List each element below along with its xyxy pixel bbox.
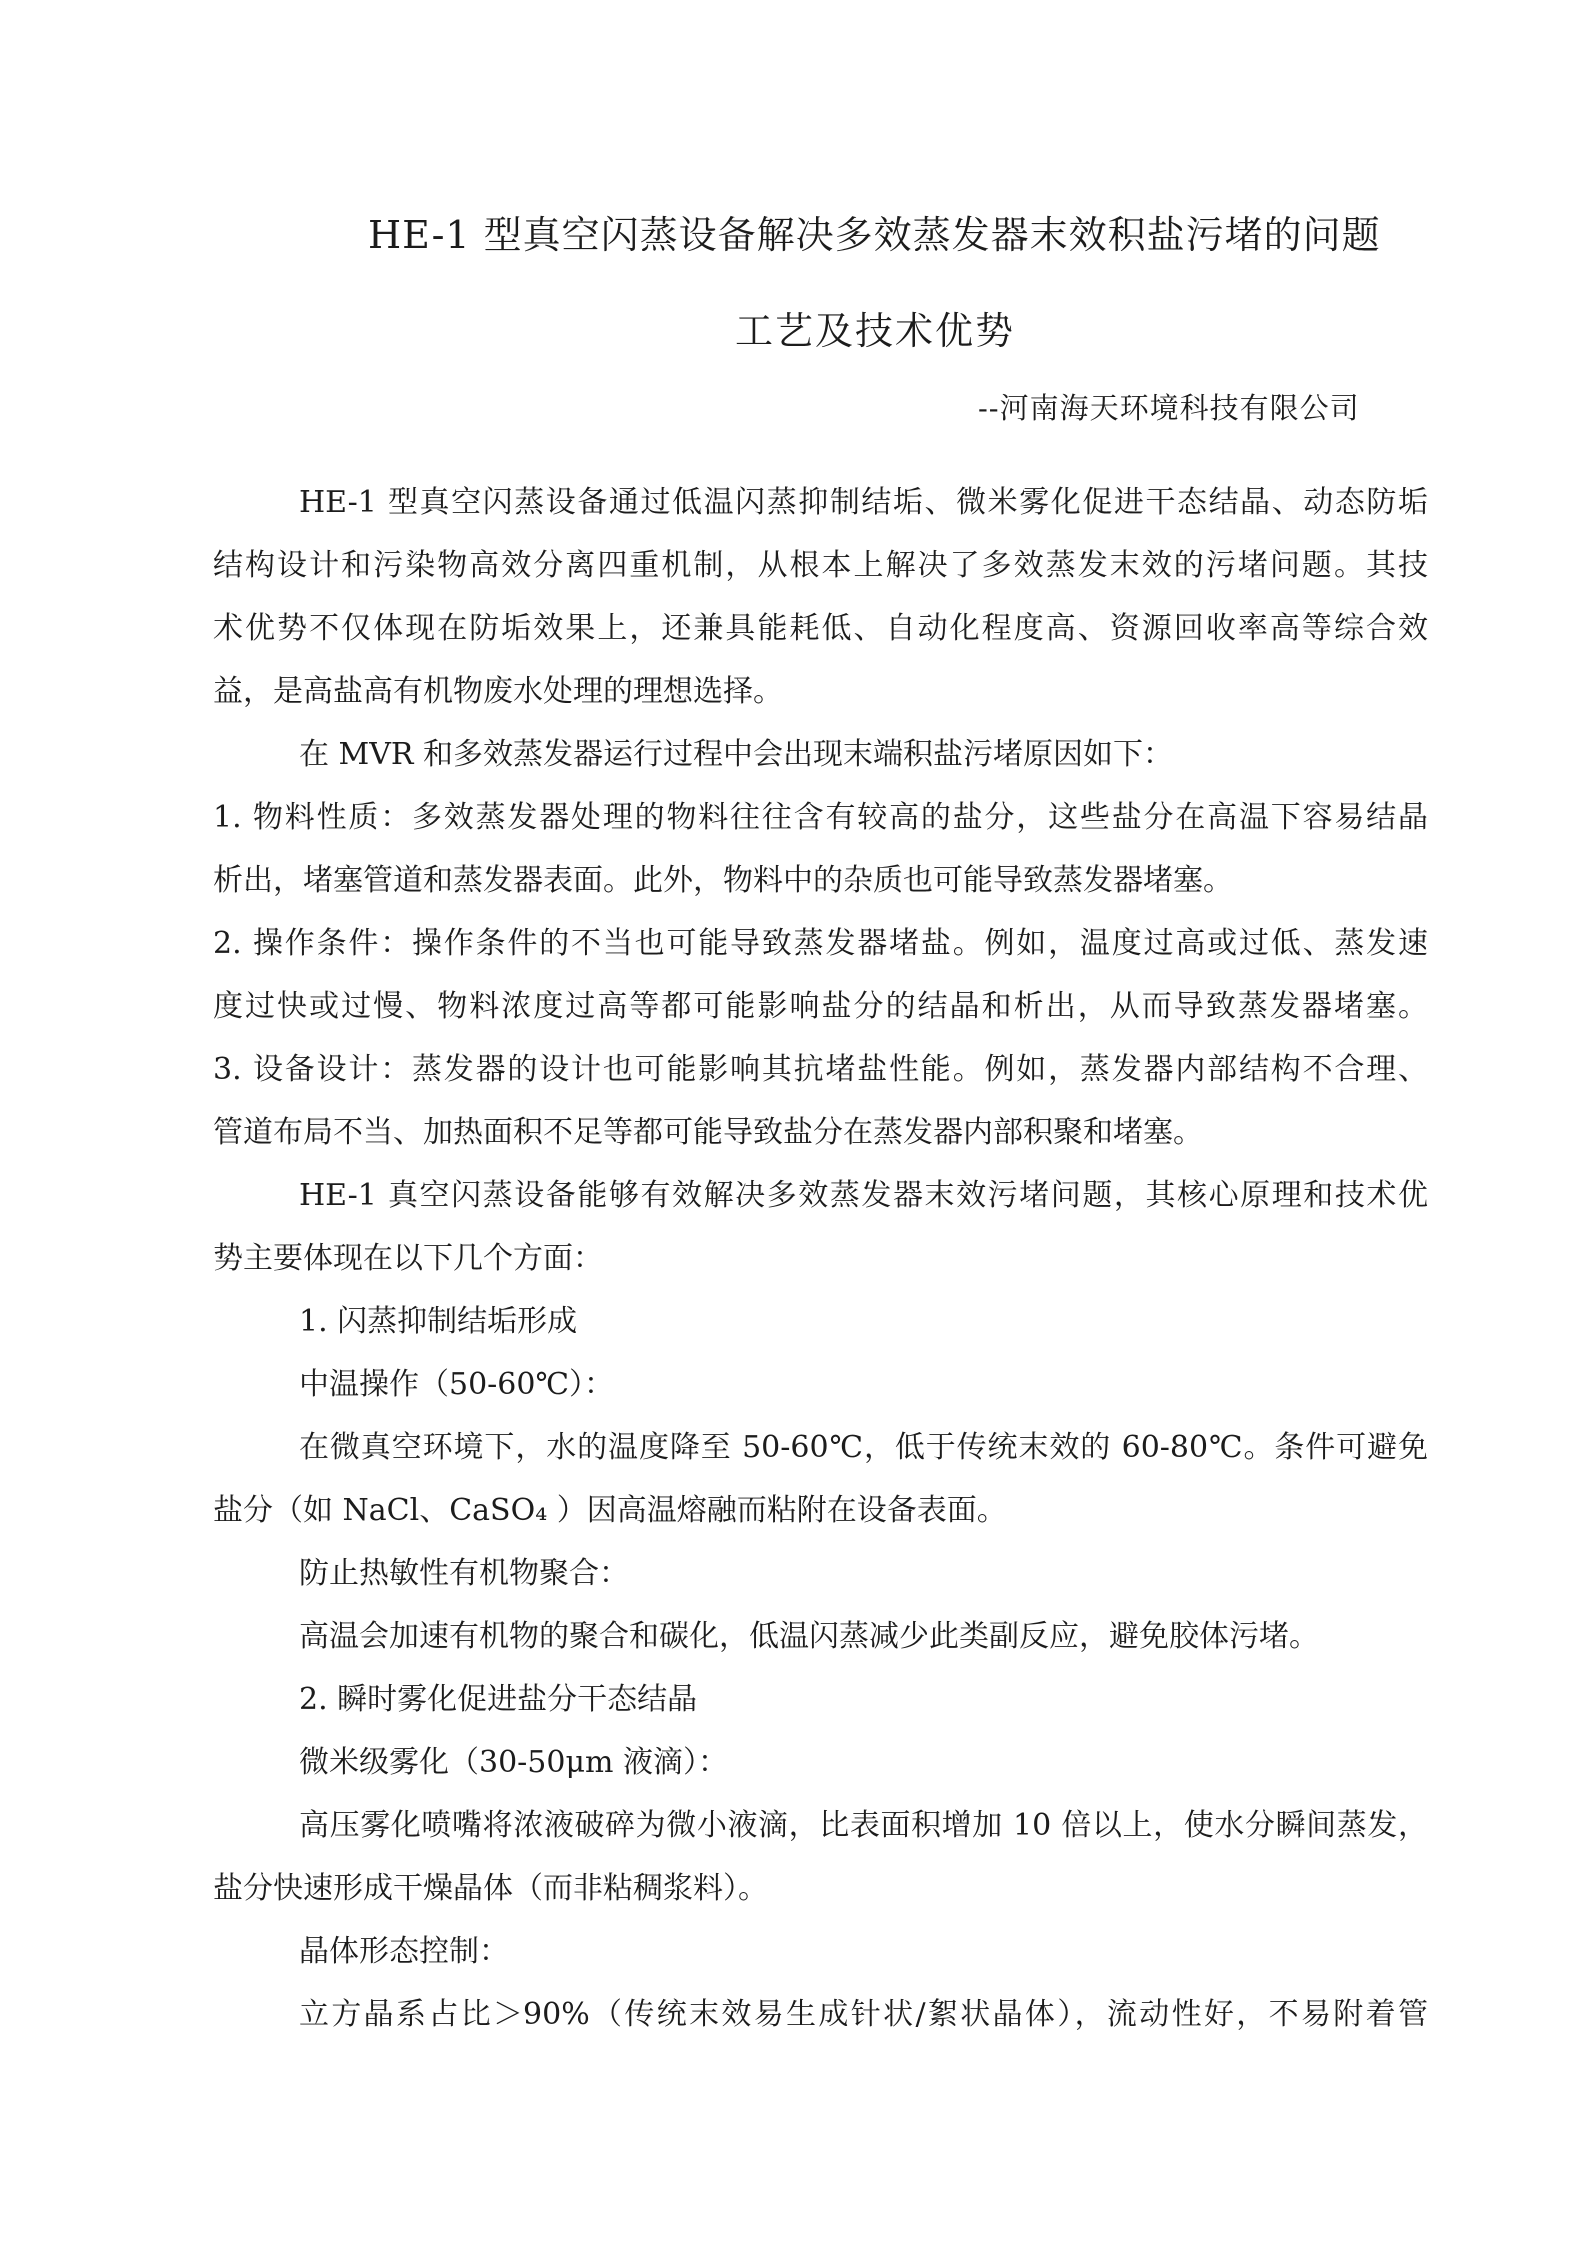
section-heading: 1. 闪蒸抑制结垢形成 bbox=[299, 1300, 1428, 1344]
document-title-line-2: 工艺及技术优势 bbox=[735, 304, 1015, 358]
body-line: 2. 操作条件：操作条件的不当也可能导致蒸发器堵盐。例如，温度过高或过低、蒸发速 bbox=[213, 922, 1428, 966]
body-line: 势主要体现在以下几个方面： bbox=[213, 1237, 1428, 1281]
body-line: 高温会加速有机物的聚合和碳化，低温闪蒸减少此类副反应，避免胶体污堵。 bbox=[299, 1615, 1428, 1659]
body-line: 高压雾化喷嘴将浓液破碎为微小液滴，比表面积增加 10 倍以上，使水分瞬间蒸发， bbox=[299, 1804, 1428, 1848]
body-line: HE-1 型真空闪蒸设备通过低温闪蒸抑制结垢、微米雾化促进干态结晶、动态防垢 bbox=[299, 481, 1428, 525]
subheading: 防止热敏性有机物聚合： bbox=[299, 1552, 1428, 1596]
body-line: 立方晶系占比＞90%（传统末效易生成针状/絮状晶体），流动性好，不易附着管 bbox=[299, 1993, 1428, 2037]
body-line: 管道布局不当、加热面积不足等都可能导致盐分在蒸发器内部积聚和堵塞。 bbox=[213, 1111, 1428, 1155]
document-title-line-1: HE-1 型真空闪蒸设备解决多效蒸发器末效积盐污堵的问题 bbox=[368, 208, 1388, 262]
subheading: 晶体形态控制： bbox=[299, 1930, 1428, 1974]
body-line: 度过快或过慢、物料浓度过高等都可能影响盐分的结晶和析出，从而导致蒸发器堵塞。 bbox=[213, 985, 1428, 1029]
document-author: --河南海天环境科技有限公司 bbox=[978, 386, 1360, 430]
body-line: 在微真空环境下，水的温度降至 50-60℃，低于传统末效的 60-80℃。条件可… bbox=[299, 1426, 1428, 1470]
body-line: 盐分快速形成干燥晶体（而非粘稠浆料）。 bbox=[213, 1867, 1428, 1911]
document-page: HE-1 型真空闪蒸设备解决多效蒸发器末效积盐污堵的问题 工艺及技术优势 --河… bbox=[0, 0, 1587, 2245]
subheading: 微米级雾化（30-50μm 液滴）： bbox=[299, 1741, 1428, 1785]
body-line: 益，是高盐高有机物废水处理的理想选择。 bbox=[213, 670, 1428, 714]
body-line: 术优势不仅体现在防垢效果上，还兼具能耗低、自动化程度高、资源回收率高等综合效 bbox=[213, 607, 1428, 651]
section-heading: 2. 瞬时雾化促进盐分干态结晶 bbox=[299, 1678, 1428, 1722]
body-line: 盐分（如 NaCl、CaSO₄ ）因高温熔融而粘附在设备表面。 bbox=[213, 1489, 1428, 1533]
body-line: 结构设计和污染物高效分离四重机制，从根本上解决了多效蒸发末效的污堵问题。其技 bbox=[213, 544, 1428, 588]
body-line: 1. 物料性质：多效蒸发器处理的物料往往含有较高的盐分，这些盐分在高温下容易结晶 bbox=[213, 796, 1428, 840]
body-line: 在 MVR 和多效蒸发器运行过程中会出现末端积盐污堵原因如下： bbox=[299, 733, 1428, 777]
body-line: 析出，堵塞管道和蒸发器表面。此外，物料中的杂质也可能导致蒸发器堵塞。 bbox=[213, 859, 1428, 903]
body-line: HE-1 真空闪蒸设备能够有效解决多效蒸发器末效污堵问题，其核心原理和技术优 bbox=[299, 1174, 1428, 1218]
subheading: 中温操作（50-60℃）： bbox=[299, 1363, 1428, 1407]
body-line: 3. 设备设计：蒸发器的设计也可能影响其抗堵盐性能。例如，蒸发器内部结构不合理、 bbox=[213, 1048, 1428, 1092]
